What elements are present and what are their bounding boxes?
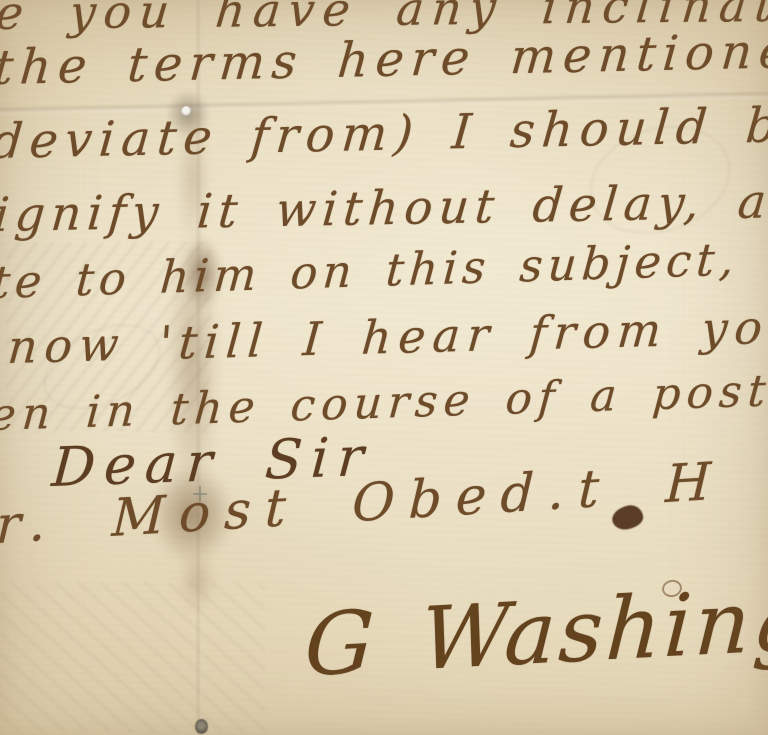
signature-g-washington: G Washington	[302, 561, 768, 696]
letter-line-6: now 'till I hear from you	[6, 299, 768, 374]
letter-line-7: en in the course of a post o	[0, 363, 768, 441]
letter-line-4: ignify it without delay, a	[0, 174, 768, 243]
ink-showthrough-patch	[0, 582, 265, 732]
letter-line-5: te to him on this subject, b	[0, 230, 768, 309]
bottom-edge-speck	[195, 719, 208, 734]
letter-page: e you have any inclinati the terms here …	[0, 0, 768, 735]
